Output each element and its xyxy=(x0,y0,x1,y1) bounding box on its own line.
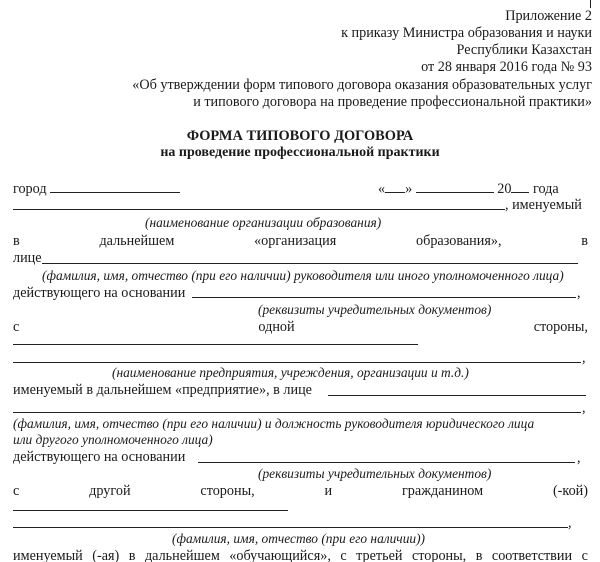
city-label: город xyxy=(13,181,47,197)
enterprise-head-field[interactable] xyxy=(328,395,586,396)
order-reference: к приказу Министра образования и науки xyxy=(341,25,592,41)
row-student: именуемый(-ая)вдальнейшем«обучающийся»,с… xyxy=(13,548,588,562)
date-row: «» 20 года xyxy=(378,180,559,197)
month-field[interactable] xyxy=(416,180,494,193)
founding-docs-field-2[interactable] xyxy=(198,462,575,463)
text-segment: стороны, xyxy=(534,319,588,335)
order-title-line2: и типового договора на проведение профес… xyxy=(193,94,592,110)
hint-head-name: (фамилия, имя, отчество (при его наличии… xyxy=(42,268,564,284)
text-segment: дальнейшем xyxy=(99,233,174,249)
text-segment: «организация xyxy=(254,233,336,249)
row-org-designation: вдальнейшем«организацияобразования»,в xyxy=(13,233,588,249)
text-segment: гражданином xyxy=(402,483,483,499)
acting-basis-label: действующего на основании xyxy=(13,285,185,301)
acting-basis-label-2: действующего на основании xyxy=(13,449,185,465)
enterprise-field-1[interactable] xyxy=(13,344,418,345)
text-segment: другой xyxy=(89,483,130,499)
row-one-side: соднойстороны, xyxy=(13,319,588,335)
hint-legal-head-2: или другого уполномоченного лица) xyxy=(13,432,213,448)
enterprise-named-label: именуемый в дальнейшем «предприятие», в … xyxy=(13,382,312,398)
text-segment: одной xyxy=(258,319,294,335)
text-segment: в xyxy=(13,233,20,249)
in-person-label: лице xyxy=(13,250,42,266)
text-segment: в xyxy=(129,548,136,562)
hint-citizen: (фамилия, имя, отчество (при его наличии… xyxy=(172,531,425,547)
head-name-field[interactable] xyxy=(42,263,578,264)
city-row: город xyxy=(13,180,180,197)
text-segment: соответствии xyxy=(492,548,572,562)
text-segment: , xyxy=(568,515,572,531)
text-segment: с xyxy=(340,548,346,562)
hint-founding-docs-2: (реквизиты учредительных документов) xyxy=(258,466,491,482)
text-segment: (-ая) xyxy=(92,548,119,562)
text-cursor xyxy=(590,0,591,8)
named-label: , именуемый xyxy=(505,197,582,213)
country-name: Республики Казахстан xyxy=(457,42,592,58)
text-segment: с xyxy=(13,483,19,499)
org-name-field[interactable] xyxy=(13,209,505,210)
text-segment: и xyxy=(325,483,333,499)
text-segment: образования», xyxy=(416,233,501,249)
citizen-field-2[interactable] xyxy=(13,527,568,528)
text-segment: дальнейшем xyxy=(145,548,220,562)
legal-head-field[interactable] xyxy=(13,412,581,413)
hint-legal-head-1: (фамилия, имя, отчество (при его наличии… xyxy=(13,416,534,432)
hint-founding-docs: (реквизиты учредительных документов) xyxy=(258,302,491,318)
order-title-line1: «Об утверждении форм типового договора о… xyxy=(132,77,592,93)
text-segment: (-кой) xyxy=(553,483,588,499)
text-segment: с xyxy=(582,548,588,562)
text-segment: , xyxy=(577,450,581,466)
appendix-number: Приложение 2 xyxy=(505,8,592,24)
text-segment: , xyxy=(577,285,581,301)
order-date: от 28 января 2016 года № 93 xyxy=(421,59,592,75)
text-segment: именуемый xyxy=(13,548,83,562)
hint-enterprise: (наименование предприятия, учреждения, о… xyxy=(112,365,469,381)
hint-org-name: (наименование организации образования) xyxy=(145,215,381,231)
city-field[interactable] xyxy=(50,180,180,193)
text-segment: 20 xyxy=(497,181,511,197)
day-field[interactable] xyxy=(385,180,405,193)
text-segment: в xyxy=(581,233,588,249)
founding-docs-field[interactable] xyxy=(192,297,576,298)
text-segment: « xyxy=(378,181,385,197)
document-subtitle: на проведение профессиональной практики xyxy=(0,145,600,161)
year-field[interactable] xyxy=(511,180,529,193)
enterprise-field-2[interactable] xyxy=(13,362,581,363)
text-segment: стороны, xyxy=(200,483,254,499)
text-segment: года xyxy=(533,181,559,197)
text-segment: стороны, xyxy=(412,548,466,562)
text-segment: в xyxy=(476,548,483,562)
text-segment: «обучающийся», xyxy=(229,548,331,562)
text-segment: третьей xyxy=(356,548,402,562)
row-other-side: сдругойстороны,игражданином(-кой) xyxy=(13,483,588,499)
text-segment: с xyxy=(13,319,19,335)
document-title: ФОРМА ТИПОВОГО ДОГОВОРА xyxy=(0,128,600,144)
text-segment: » xyxy=(405,181,412,197)
text-segment: , xyxy=(582,350,586,366)
text-segment: , xyxy=(582,400,586,416)
citizen-field-1[interactable] xyxy=(13,510,288,511)
